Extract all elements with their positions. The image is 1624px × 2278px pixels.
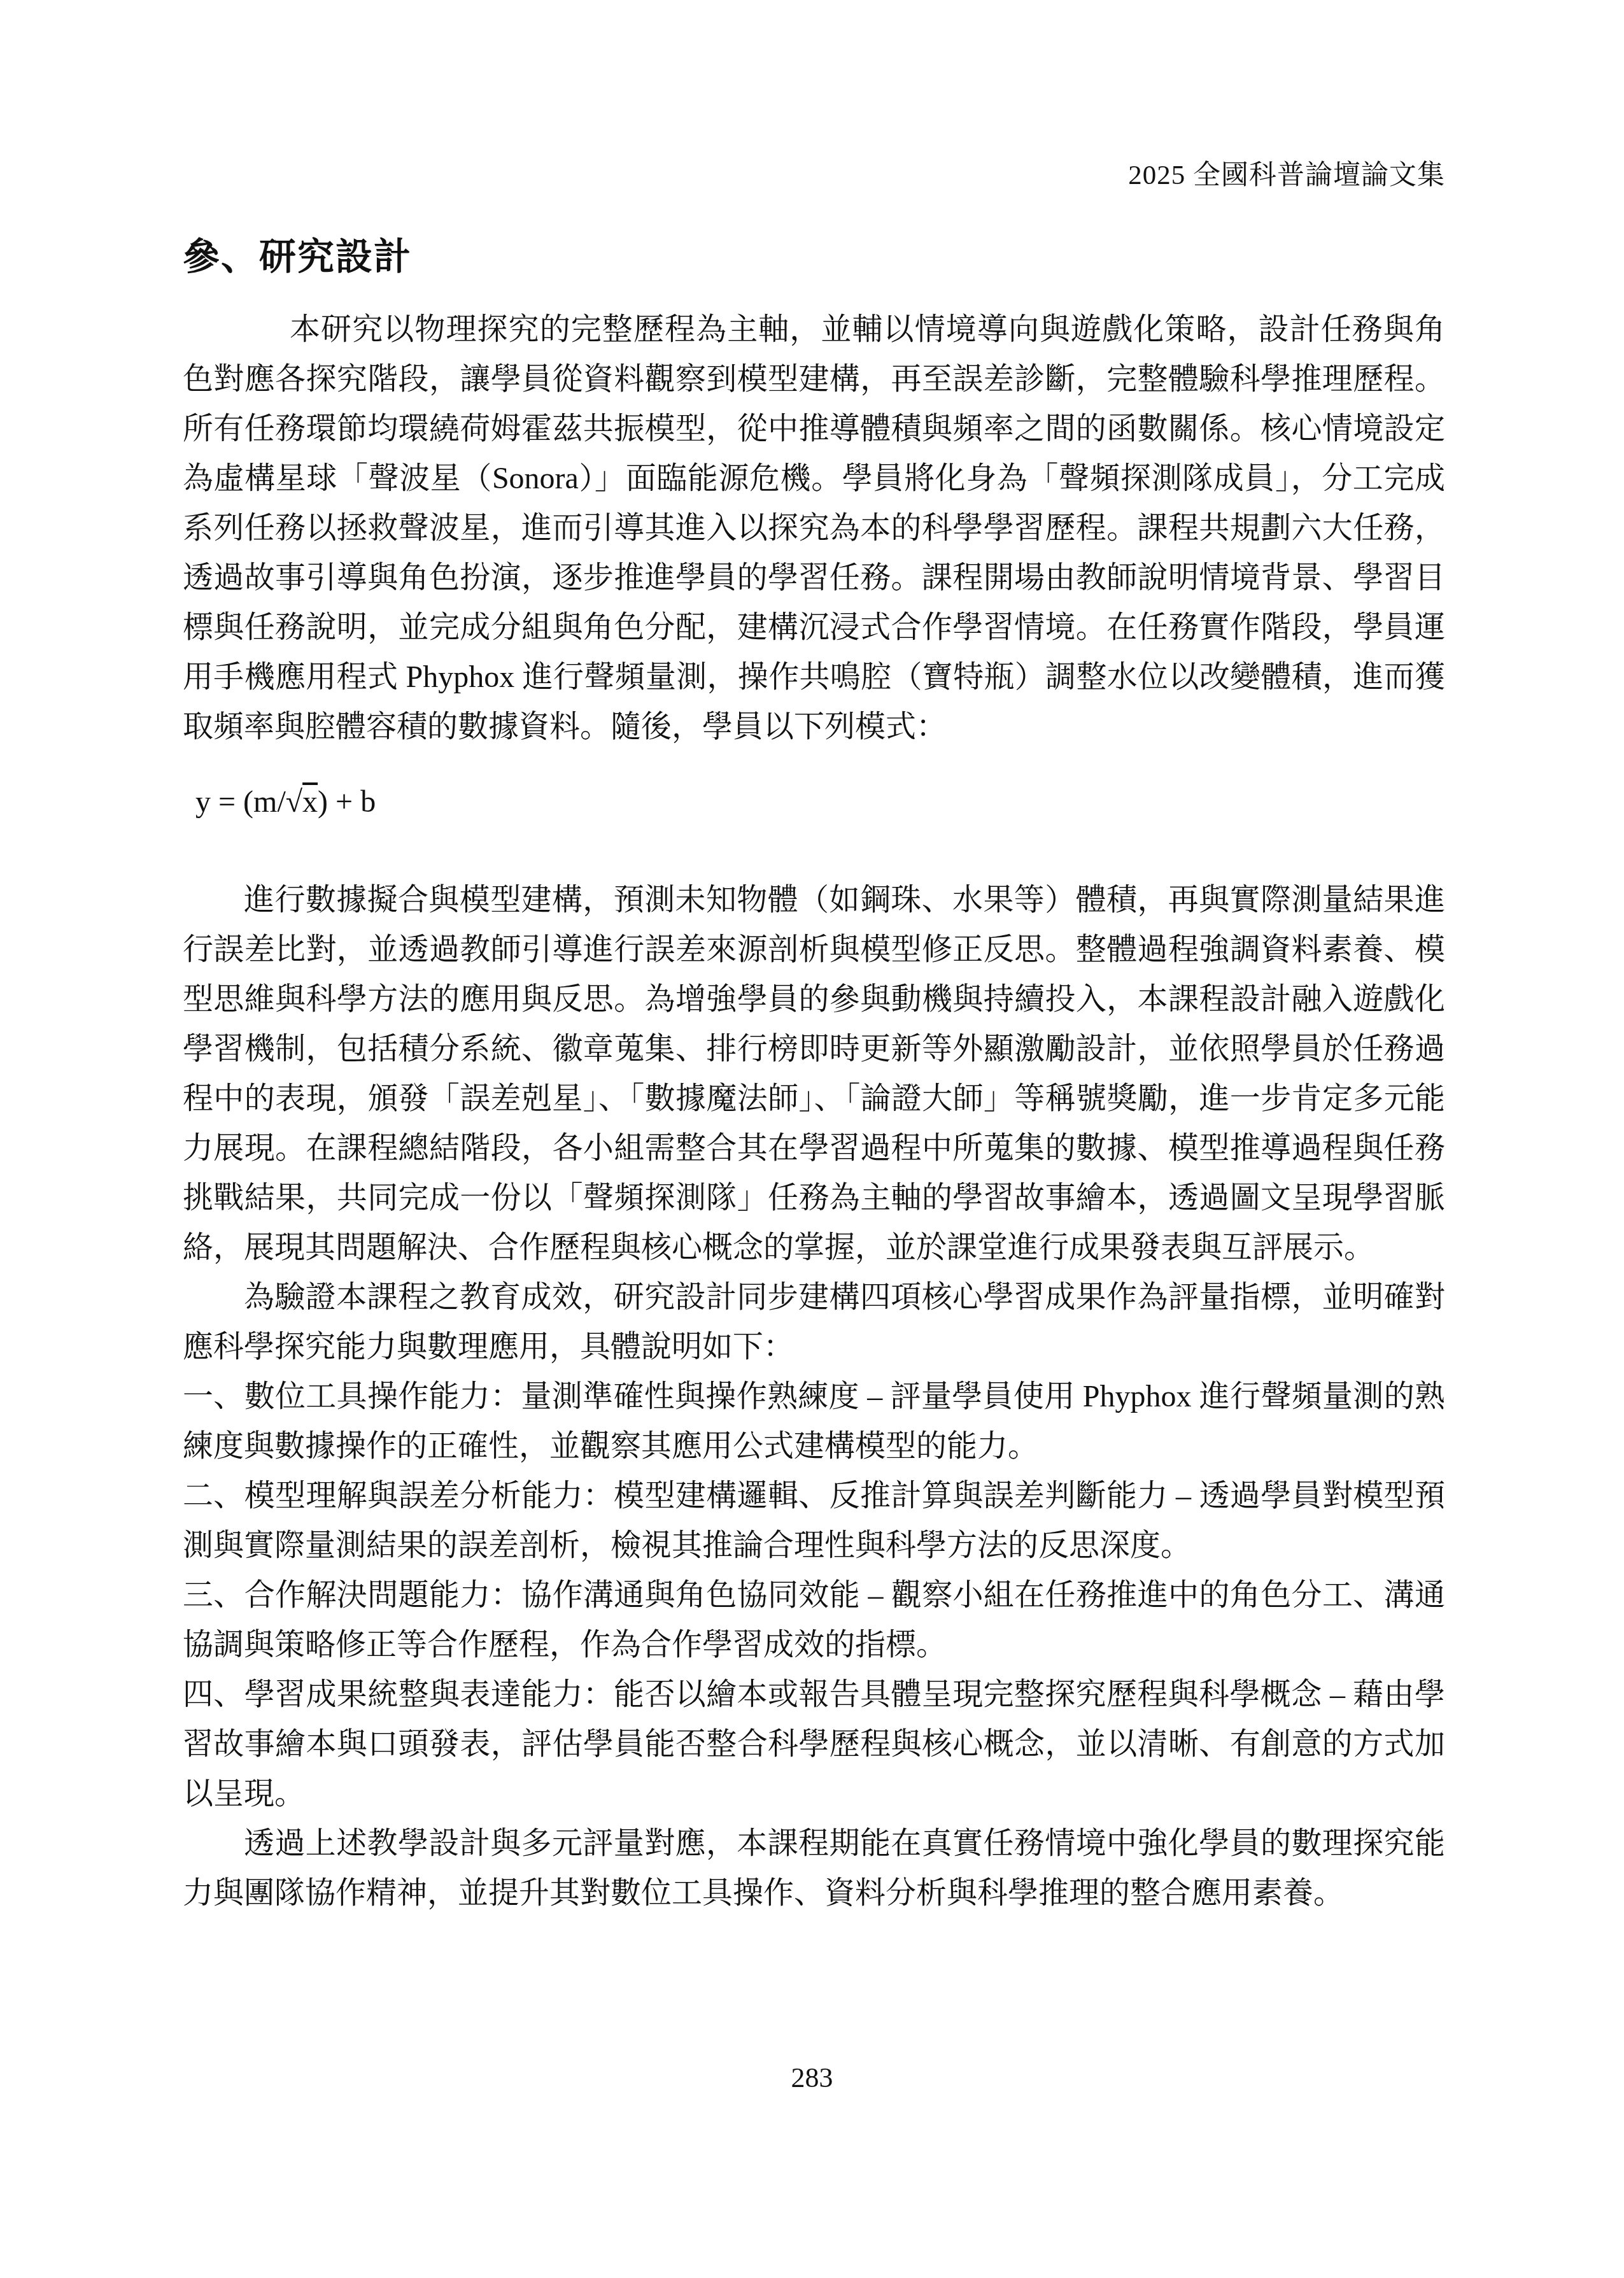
section-title: 參、研究設計	[183, 234, 1445, 280]
formula-radicand: x	[302, 785, 318, 819]
paragraph-4: 透過上述教學設計與多元評量對應，本課程期能在真實任務情境中強化學員的數理探究能力…	[183, 1819, 1445, 1918]
list-item-4: 四、學習成果統整與表達能力：能否以繪本或報告具體呈現完整探究歷程與科學概念 – …	[183, 1670, 1445, 1819]
body-text: 本研究以物理探究的完整歷程為主軸，並輔以情境導向與遊戲化策略，設計任務與角色對應…	[183, 305, 1445, 1918]
list-item-1: 一、數位工具操作能力：量測準確性與操作熟練度 – 評量學員使用 Phyphox …	[183, 1372, 1445, 1471]
paragraph-3: 為驗證本課程之教育成效，研究設計同步建構四項核心學習成果作為評量指標，並明確對應…	[183, 1273, 1445, 1372]
formula-lhs: y = (m/√	[195, 785, 302, 819]
document-page: 2025 全國科普論壇論文集 參、研究設計 本研究以物理探究的完整歷程為主軸，並…	[0, 0, 1624, 2278]
list-item-3: 三、合作解決問題能力：協作溝通與角色協同效能 – 觀察小組在任務推進中的角色分工…	[183, 1571, 1445, 1670]
formula: y = (m/√x) + b	[183, 777, 1445, 827]
running-header: 2025 全國科普論壇論文集	[183, 0, 1445, 192]
paragraph-2: 進行數據擬合與模型建構，預測未知物體（如鋼珠、水果等）體積，再與實際測量結果進行…	[183, 875, 1445, 1273]
page-number: 283	[0, 2062, 1624, 2095]
paragraph-1: 本研究以物理探究的完整歷程為主軸，並輔以情境導向與遊戲化策略，設計任務與角色對應…	[183, 305, 1445, 752]
list-item-2: 二、模型理解與誤差分析能力：模型建構邏輯、反推計算與誤差判斷能力 – 透過學員對…	[183, 1471, 1445, 1571]
formula-rhs: ) + b	[318, 785, 376, 819]
